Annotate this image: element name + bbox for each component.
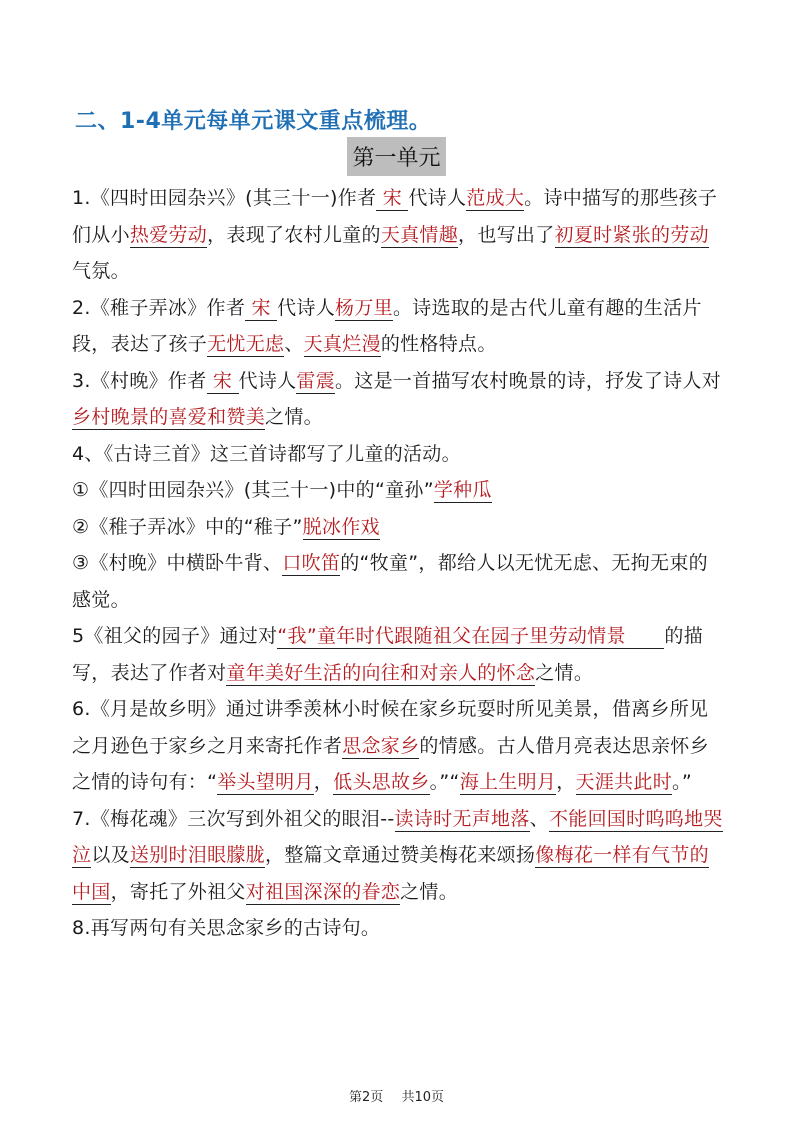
note-text: ③《村晚》中横卧牛背、: [72, 552, 282, 574]
answer-fill: 范成大: [466, 187, 524, 211]
answer-fill: 天真情趣: [381, 224, 458, 248]
answer-fill: 读诗时无声地落: [395, 808, 530, 832]
note-text: 1.《四时田园杂兴》(其三十一)作者: [72, 187, 376, 209]
answer-fill: 天真烂漫: [304, 333, 381, 357]
note-text: 4、《古诗三首》这三首诗都写了儿童的活动。: [72, 443, 461, 465]
note-text: 代诗人: [277, 297, 335, 319]
section-title: 二、1-4单元每单元课文重点梳理。: [75, 104, 431, 135]
page-footer: 第2页 共10页: [0, 1086, 793, 1105]
note-text: 。”“: [430, 771, 460, 793]
note-item: 1.《四时田园杂兴》(其三十一)作者 宋 代诗人范成大。诗中描写的那些孩子们从小…: [72, 180, 724, 290]
note-text: 之情。: [265, 406, 323, 428]
note-text: ，也写出了: [458, 224, 555, 246]
note-text: ②《稚子弄冰》中的“稚子”: [72, 516, 303, 538]
note-text: 。”: [672, 771, 692, 793]
note-item: 8.再写两句有关思念家乡的古诗句。: [72, 910, 724, 947]
note-text: ，表现了农村儿童的: [207, 224, 381, 246]
answer-fill: 初夏时紧张的劳动: [555, 224, 709, 248]
note-text: 2.《稚子弄冰》作者: [72, 297, 245, 319]
answer-fill: 乡村晚景的喜爱和赞美: [72, 406, 265, 430]
answer-fill: 宋: [376, 187, 408, 211]
note-text: 以及: [91, 844, 130, 866]
answer-fill: 低头思故乡: [333, 771, 430, 795]
answer-fill: 脱冰作戏: [303, 516, 380, 540]
note-text: 代诗人: [408, 187, 466, 209]
answer-fill: 童年美好生活的向往和对亲人的怀念: [226, 662, 535, 686]
note-text: 代诗人: [239, 370, 297, 392]
note-item: 3.《村晚》作者 宋 代诗人雷震。这是一首描写农村晚景的诗，抒发了诗人对乡村晚景…: [72, 363, 724, 436]
note-text: ，寄托了外祖父: [111, 881, 246, 903]
note-item: 6.《月是故乡明》通过讲季羡林小时候在家乡玩耍时所见美景，借离乡所见之月逊色于家…: [72, 691, 724, 801]
note-text: 之情。: [535, 662, 593, 684]
note-item: ①《四时田园杂兴》(其三十一)中的“童孙”学种瓜: [72, 472, 724, 509]
note-item: 7.《梅花魂》三次写到外祖父的眼泪--读诗时无声地落、不能回国时呜呜地哭泣以及送…: [72, 801, 724, 911]
note-text: 之情。: [400, 881, 458, 903]
answer-fill: 宋: [207, 370, 239, 394]
page-number: 第2页: [349, 1090, 383, 1105]
answer-fill: 举头望明月: [217, 771, 314, 795]
note-item: ③《村晚》中横卧牛背、口吹笛的“牧童”，都给人以无忧无虑、无拘无束的感觉。: [72, 545, 724, 618]
answer-fill: 思念家乡: [342, 735, 419, 759]
note-text: ①《四时田园杂兴》(其三十一)中的“童孙”: [72, 479, 434, 501]
answer-fill: 学种瓜: [434, 479, 492, 503]
note-text: ，: [314, 771, 333, 793]
answer-fill: 杨万里: [335, 297, 393, 321]
note-text: ，整篇文章通过赞美梅花来颂扬: [265, 844, 535, 866]
note-item: 2.《稚子弄冰》作者 宋 代诗人杨万里。诗选取的是古代儿童有趣的生活片段，表达了…: [72, 290, 724, 363]
answer-fill: 对祖国深深的眷恋: [246, 881, 400, 905]
answer-fill: 口吹笛: [282, 552, 340, 576]
note-text: 气氛。: [72, 260, 130, 282]
note-text: 5《祖父的园子》通过对: [72, 625, 277, 647]
answer-fill: 天涯共此时: [576, 771, 673, 795]
unit-heading: 第一单元: [347, 137, 445, 176]
note-text: ，: [556, 771, 575, 793]
note-text: 7.《梅花魂》三次写到外祖父的眼泪--: [72, 808, 395, 830]
note-item: ②《稚子弄冰》中的“稚子”脱冰作戏: [72, 509, 724, 546]
answer-fill: 送别时泪眼朦胧: [130, 844, 265, 868]
answer-fill: 宋: [245, 297, 277, 321]
note-text: 8.再写两句有关思念家乡的古诗句。: [72, 917, 380, 939]
study-notes: 1.《四时田园杂兴》(其三十一)作者 宋 代诗人范成大。诗中描写的那些孩子们从小…: [72, 180, 724, 947]
answer-fill: 海上生明月: [460, 771, 557, 795]
page-total: 共10页: [401, 1090, 444, 1105]
answer-fill: “我”童年时代跟随祖父在园子里劳动情景: [277, 625, 664, 649]
note-text: 3.《村晚》作者: [72, 370, 207, 392]
answer-fill: 无忧无虑: [207, 333, 284, 357]
note-text: 。这是一首描写农村晚景的诗，抒发了诗人对: [335, 370, 721, 392]
note-text: 、: [284, 333, 303, 355]
note-item: 5《祖父的园子》通过对“我”童年时代跟随祖父在园子里劳动情景 的描写，表达了作者…: [72, 618, 724, 691]
answer-fill: 雷震: [296, 370, 335, 394]
answer-fill: 热爱劳动: [130, 224, 207, 248]
note-text: 的性格特点。: [381, 333, 497, 355]
note-item: 4、《古诗三首》这三首诗都写了儿童的活动。: [72, 436, 724, 473]
note-text: 、: [530, 808, 549, 830]
